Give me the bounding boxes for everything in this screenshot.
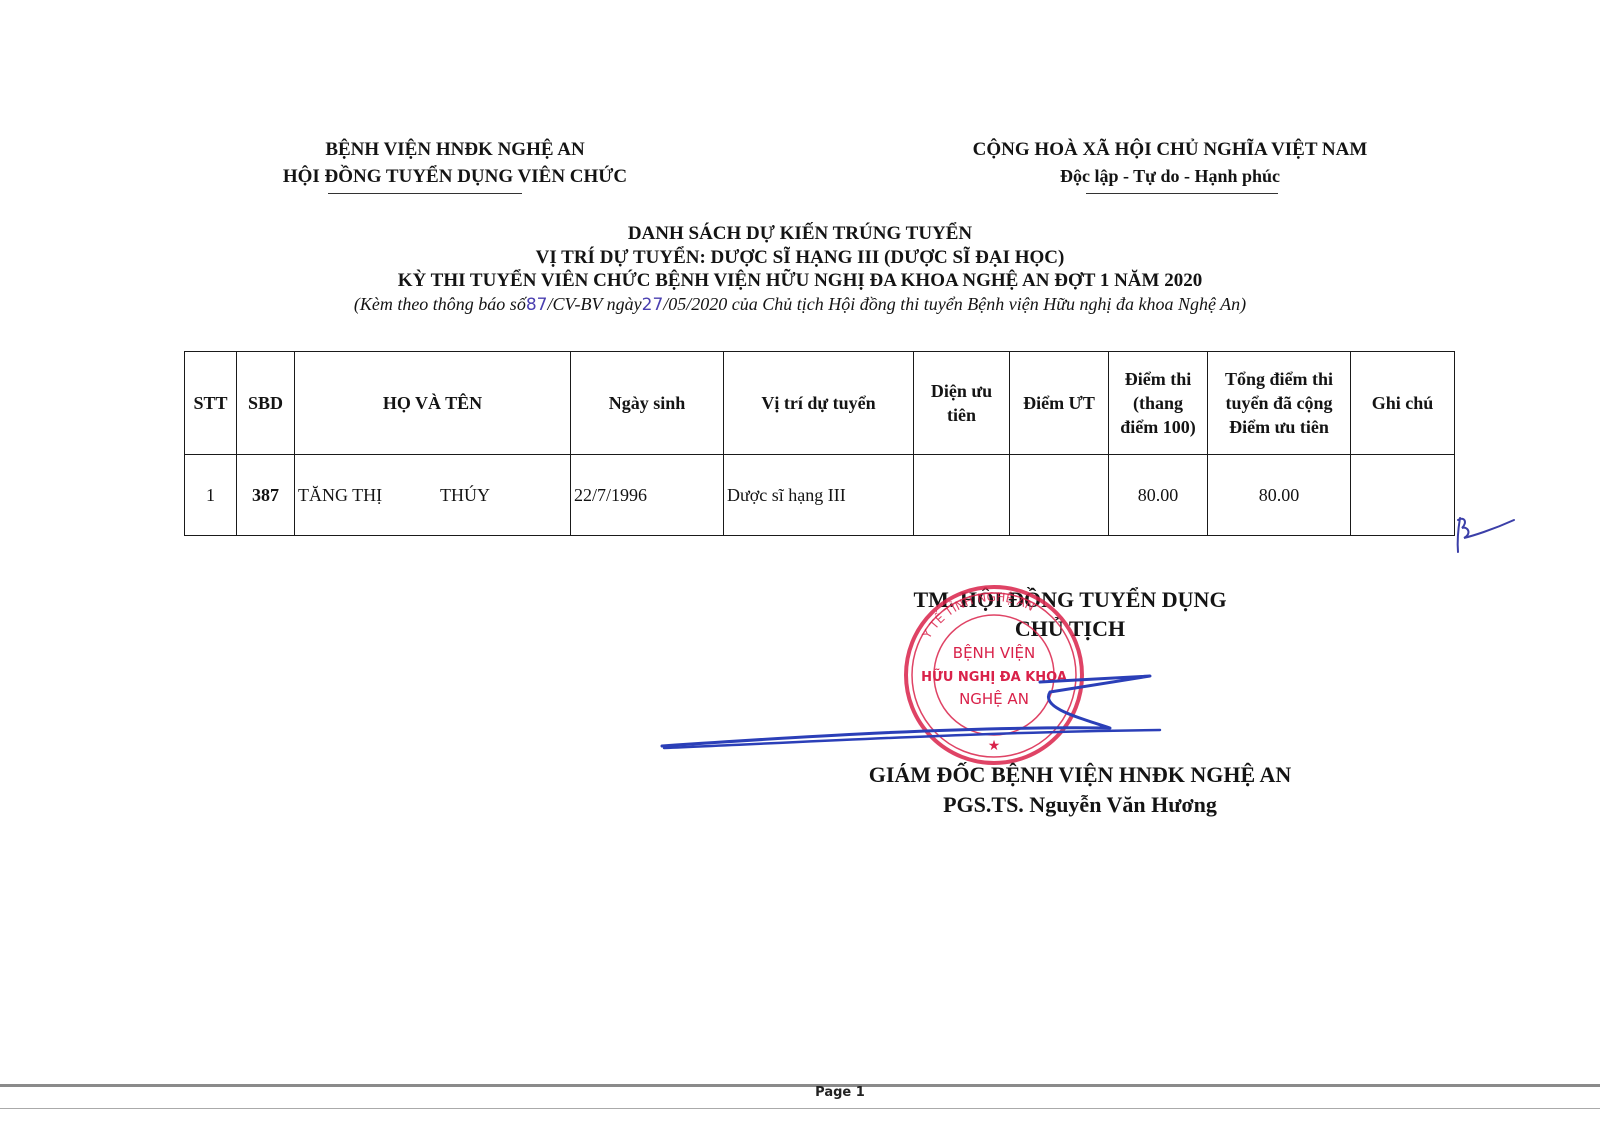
given-name: THÚY <box>440 485 490 505</box>
header-left: BỆNH VIỆN HNĐK NGHỆ AN HỘI ĐỒNG TUYỂN DỤ… <box>260 136 650 190</box>
hospital-name: BỆNH VIỆN HNĐK NGHỆ AN <box>260 136 650 163</box>
council-name: HỘI ĐỒNG TUYỂN DỤNG VIÊN CHỨC <box>260 163 650 190</box>
col-name: HỌ VÀ TÊN <box>295 352 571 455</box>
handwritten-day: 27 <box>642 295 664 315</box>
signatory-title: GIÁM ĐỐC BỆNH VIỆN HNĐK NGHỆ AN <box>820 762 1340 788</box>
footer-rule-bottom <box>0 1108 1600 1109</box>
col-priority-points: Điểm ƯT <box>1010 352 1109 455</box>
director-signature <box>660 668 1180 758</box>
cell-position: Dược sĩ hạng III <box>724 455 914 536</box>
table-row: 1 387 TĂNG THỊTHÚY 22/7/1996 Dược sĩ hạn… <box>185 455 1455 536</box>
cell-name: TĂNG THỊTHÚY <box>295 455 571 536</box>
title-line-2: VỊ TRÍ DỰ TUYỂN: DƯỢC SĨ HẠNG III (DƯỢC … <box>200 246 1400 270</box>
title-line-3: KỲ THI TUYỂN VIÊN CHỨC BỆNH VIỆN HỮU NGH… <box>200 269 1400 293</box>
title-line-1: DANH SÁCH DỰ KIẾN TRÚNG TUYỂN <box>200 222 1400 246</box>
svg-text:BỆNH VIỆN: BỆNH VIỆN <box>953 643 1035 662</box>
col-note: Ghi chú <box>1351 352 1455 455</box>
cell-priority-points <box>1010 455 1109 536</box>
cell-total-score: 80.00 <box>1208 455 1351 536</box>
handwritten-number: 87 <box>526 295 548 315</box>
motto: Độc lập - Tự do - Hạnh phúc <box>960 163 1380 190</box>
cell-priority-group <box>914 455 1010 536</box>
note-middle: /CV-BV ngày <box>547 294 641 314</box>
table-header-row: STT SBD HỌ VÀ TÊN Ngày sinh Vị trí dự tu… <box>185 352 1455 455</box>
cell-exam-score: 80.00 <box>1109 455 1208 536</box>
col-sbd: SBD <box>237 352 295 455</box>
cell-dob: 22/7/1996 <box>571 455 724 536</box>
handwritten-initials <box>1452 512 1522 556</box>
svg-text:Y TẾ TỈNH NGHỆ AN: Y TẾ TỈNH NGHỆ AN <box>919 590 1037 642</box>
page-number: Page 1 <box>0 1085 1600 1100</box>
cell-stt: 1 <box>185 455 237 536</box>
cell-sbd: 387 <box>237 455 295 536</box>
cell-note <box>1351 455 1455 536</box>
document-title: DANH SÁCH DỰ KIẾN TRÚNG TUYỂN VỊ TRÍ DỰ … <box>200 222 1400 315</box>
header-left-underline <box>328 193 522 194</box>
title-note: (Kèm theo thông báo số87/CV-BV ngày27/05… <box>200 294 1400 315</box>
col-priority-group: Diện ưu tiên <box>914 352 1010 455</box>
col-total-score: Tổng điểm thi tuyển đã cộng Điểm ưu tiên <box>1208 352 1351 455</box>
col-dob: Ngày sinh <box>571 352 724 455</box>
note-suffix: /05/2020 của Chủ tịch Hội đồng thi tuyển… <box>663 294 1246 314</box>
surname: TĂNG THỊ <box>298 485 440 506</box>
note-prefix: (Kèm theo thông báo số <box>354 294 526 314</box>
col-position: Vị trí dự tuyển <box>724 352 914 455</box>
col-exam-score: Điểm thi (thang điểm 100) <box>1109 352 1208 455</box>
country-name: CỘNG HOÀ XÃ HỘI CHỦ NGHĨA VIỆT NAM <box>960 136 1380 163</box>
header-right-underline <box>1086 193 1278 194</box>
col-stt: STT <box>185 352 237 455</box>
signatory-name: PGS.TS. Nguyễn Văn Hương <box>820 792 1340 818</box>
header-right: CỘNG HOÀ XÃ HỘI CHỦ NGHĨA VIỆT NAM Độc l… <box>960 136 1380 190</box>
candidate-table: STT SBD HỌ VÀ TÊN Ngày sinh Vị trí dự tu… <box>184 351 1455 536</box>
